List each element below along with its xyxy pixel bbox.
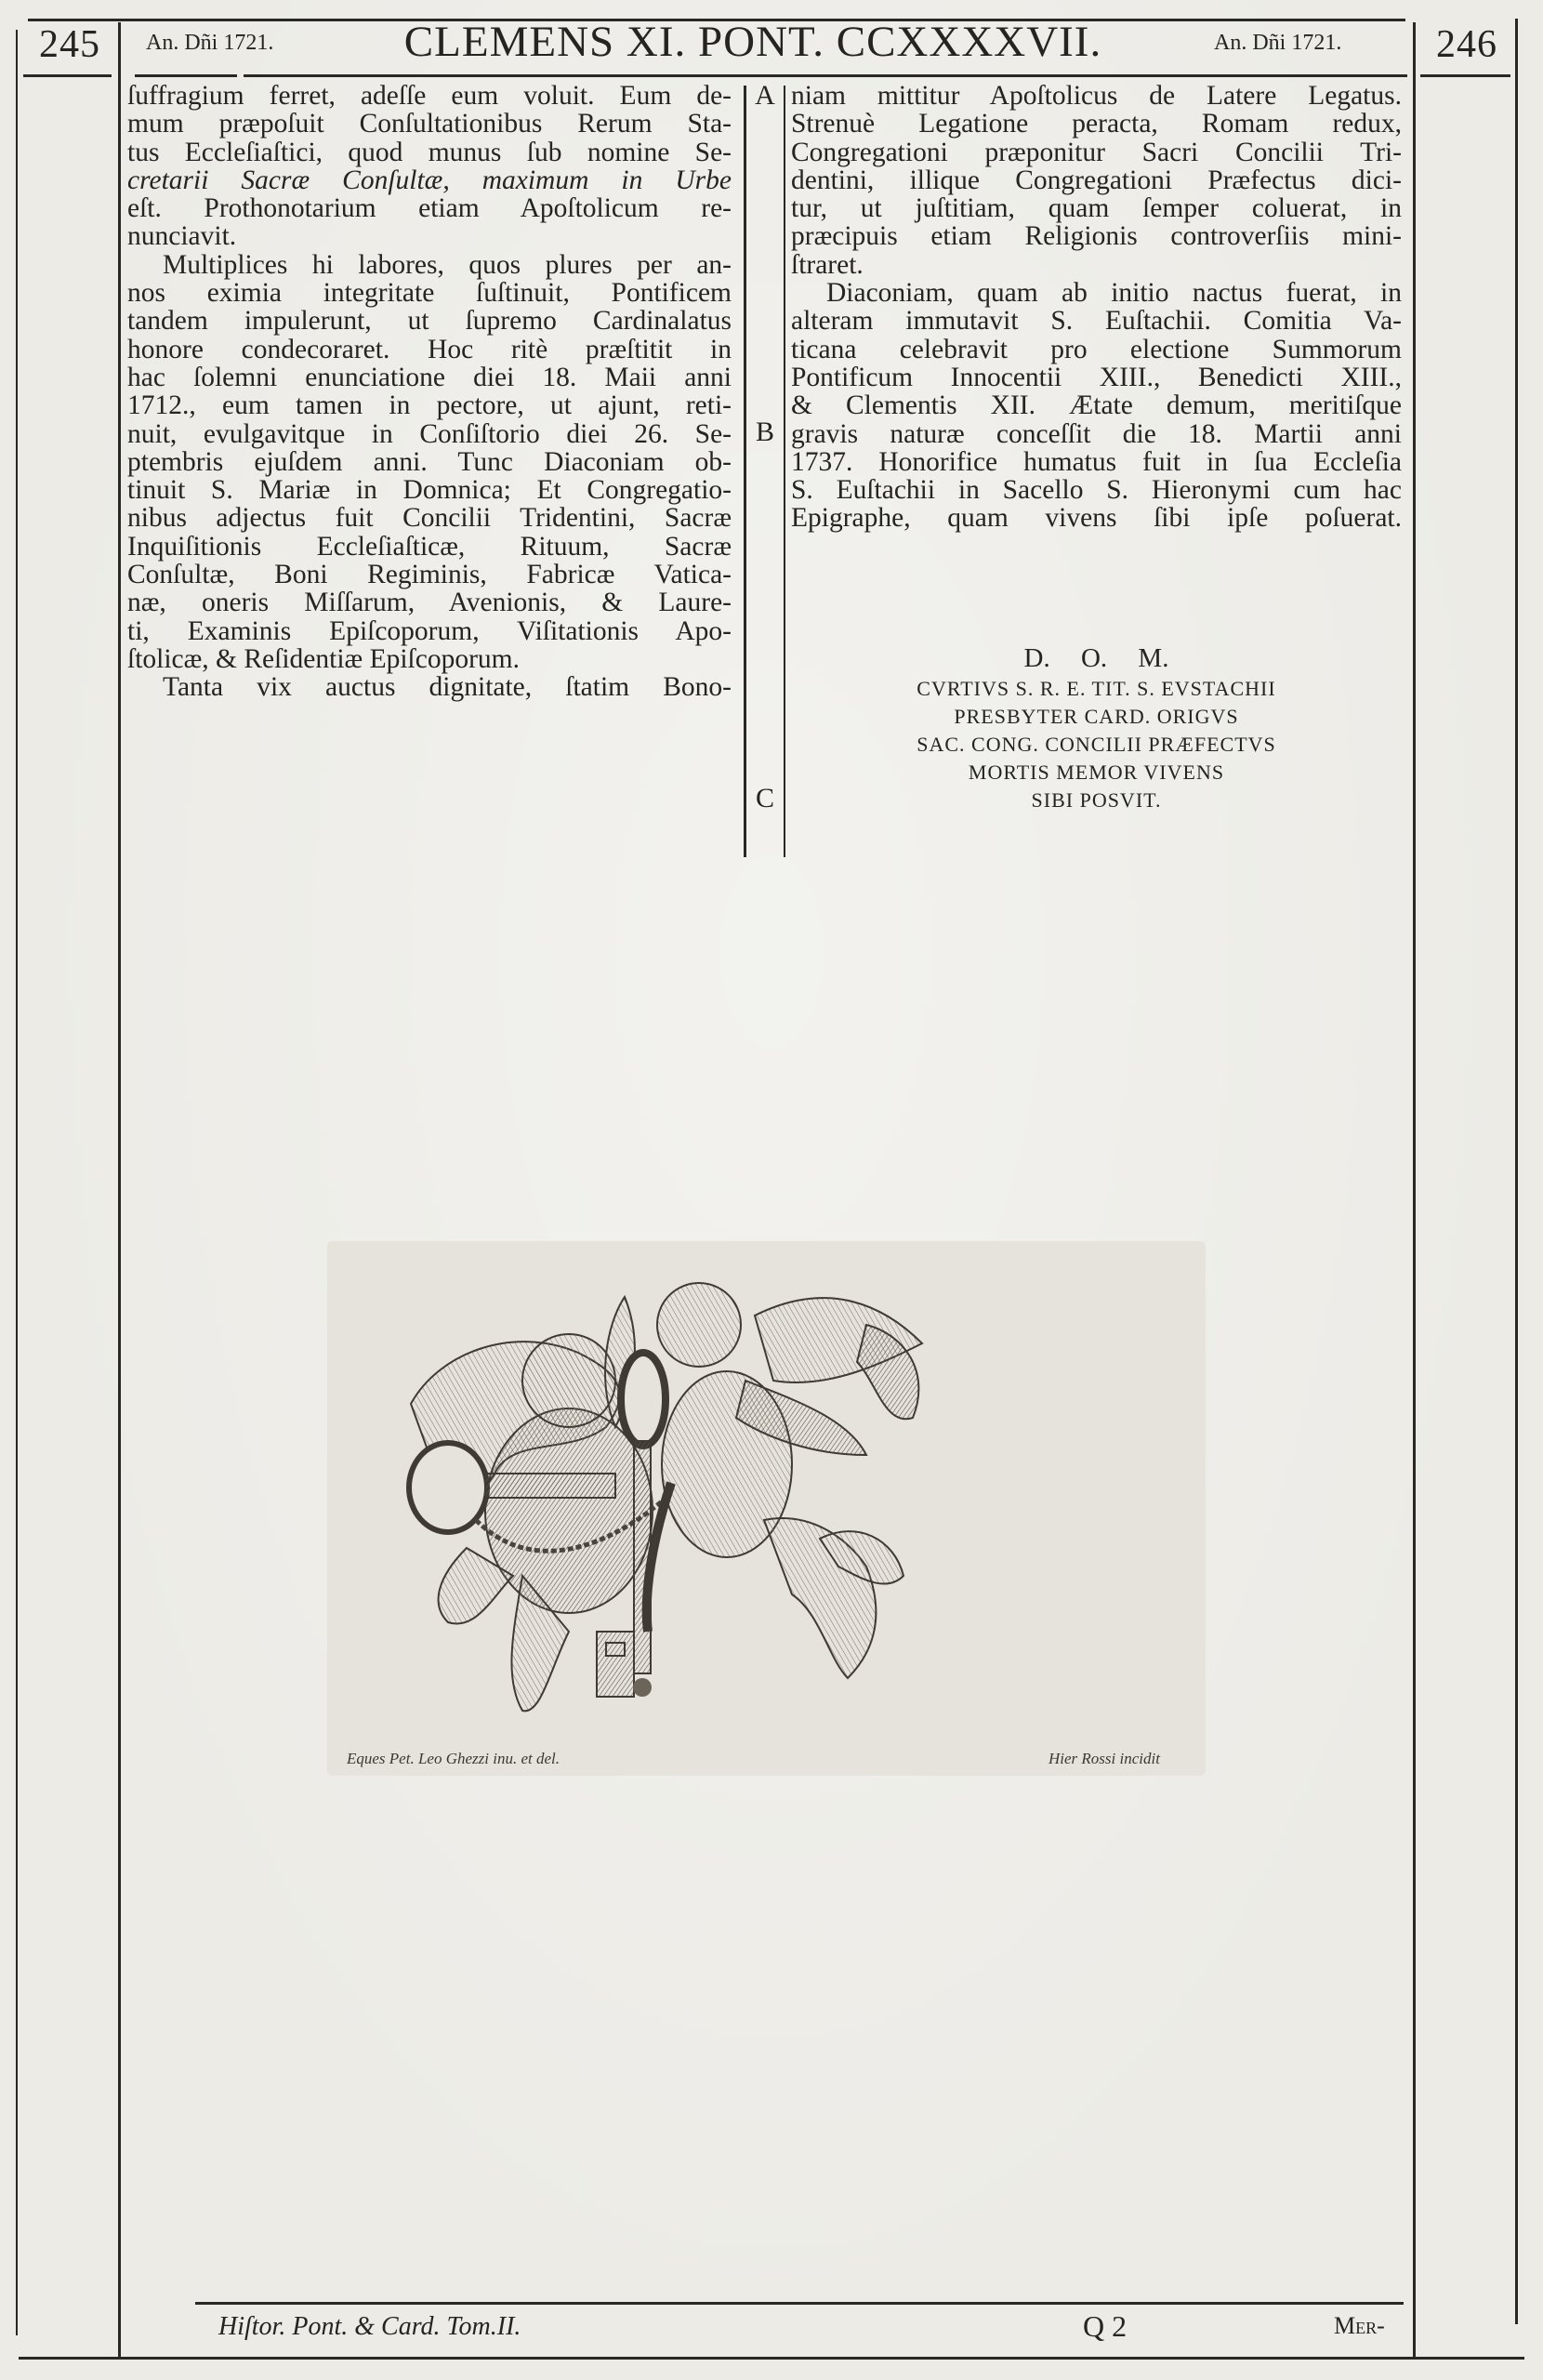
page-number-rule-left [23,74,112,77]
left-outer-border [16,30,18,2335]
footer-running-title: Hiſtor. Pont. & Card. Tom.II. [218,2312,521,2342]
text-line: ticana celebravit pro electione Summorum [791,336,1402,364]
text-line: nos eximia integritate ſuſtinuit, Pontif… [127,279,732,307]
text-line: Pontificum Innocentii XIII., Benedicti X… [791,364,1402,391]
text-line: ti, Examinis Epiſcoporum, Viſitationis A… [127,617,732,645]
margin-letter-a: A [749,80,781,112]
epitaph-line: SAC. CONG. CONCILII PRÆFECTVS [791,733,1402,757]
text-line: næ, oneris Miſſarum, Avenionis, & Laure- [127,588,732,616]
text-line: hac ſolemni enunciatione diei 18. Maii a… [127,364,732,391]
margin-letter-c: C [749,783,781,814]
left-inner-border [118,22,121,2358]
text-line: Strenuè Legatione peracta, Romam redux, [791,110,1402,138]
text-line: Inquiſitionis Eccleſiaſticæ, Rituum, Sac… [127,533,732,561]
page-number-rule-right [1420,74,1510,77]
text-line: ſtolicæ, & Reſidentiæ Epiſcoporum. [127,645,732,673]
text-line: niam mittitur Apoſtolicus de Latere Lega… [791,82,1402,110]
text-line: Congregationi præponitur Sacri Concilii … [791,139,1402,166]
epitaph-dedication: D. O. M. [791,643,1402,674]
bottom-border-rule [19,2357,1524,2360]
text-line: honore condecoraret. Hoc ritè præſtitit … [127,336,732,364]
epitaph-line: PRESBYTER CARD. ORIGVS [791,705,1402,729]
engraving-caption-right: Hier Rossi incidit [1048,1750,1160,1768]
text-line: Conſultæ, Boni Regiminis, Fabricæ Vatica… [127,561,732,588]
paragraph-start-line: Diaconiam, quam ab initio nactus fuerat,… [791,279,1402,307]
text-line: eſt. Prothonotarium etiam Apoſtolicum re… [127,194,732,222]
engraving-illustration [327,1241,1206,1776]
text-line: 1737. Honorifice humatus fuit in ſua Ecc… [791,448,1402,476]
column-divider-left [744,86,746,857]
text-line: dentini, illique Congregationi Præfectus… [791,166,1402,194]
right-inner-border [1413,22,1416,2358]
text-line: nibus adjectus fuit Concilii Tridentini,… [127,504,732,532]
text-line: ptembris ejuſdem anni. Tunc Diaconiam ob… [127,448,732,476]
paragraph-start-line: Tanta vix auctus dignitate, ſtatim Bono- [127,673,732,701]
text-line: & Clementis XII. Ætate demum, meritiſque [791,391,1402,419]
footer-signature-mark: Q 2 [1083,2309,1127,2344]
text-line: ſuffragium ferret, adeſſe eum voluit. Eu… [127,82,732,110]
right-outer-border [1515,19,1518,2324]
paragraph-start-line: Multiplices hi labores, quos plures per … [127,251,732,279]
text-line: ſtraret. [791,251,1402,279]
header-rule-short [135,74,237,77]
text-line: 1712., eum tamen in pectore, ut ajunt, r… [127,391,732,419]
text-line: nunciavit. [127,222,732,250]
text-line: cretarii Sacræ Conſultæ, maximum in Urbe [127,166,732,194]
text-line: tur, ut juſtitiam, quam ſemper coluerat,… [791,194,1402,222]
page-number-right: 246 [1420,22,1513,67]
text-line: tandem impulerunt, ut ſupremo Cardinalat… [127,307,732,335]
text-line: mum præpoſuit Conſultationibus Rerum Sta… [127,110,732,138]
epitaph-line: SIBI POSVIT. [791,788,1402,813]
text-line: nuit, evulgavitque in Conſiſtorio diei 2… [127,420,732,448]
right-text-column: niam mittitur Apoſtolicus de Latere Lega… [791,82,1402,533]
text-line: præcipuis etiam Religionis controverſiis… [791,222,1402,250]
left-text-column: ſuffragium ferret, adeſſe eum voluit. Eu… [127,82,732,702]
header-year-right: An. Dñi 1721. [1214,31,1341,56]
epitaph-line: MORTIS MEMOR VIVENS [791,760,1402,785]
header-year-left: An. Dñi 1721. [146,31,273,56]
page-number-left: 245 [23,22,116,67]
text-line: Epigraphe, quam vivens ſibi ipſe poſuera… [791,504,1402,532]
text-line: tus Eccleſiaſtici, quod munus ſub nomine… [127,139,732,166]
column-divider-right [784,86,785,857]
engraving-caption-left: Eques Pet. Leo Ghezzi inu. et del. [347,1750,560,1768]
header-rule-long [244,74,1407,77]
text-line: gravis naturæ conceſſit die 18. Martii a… [791,420,1402,448]
text-line: alteram immutavit S. Euſtachii. Comitia … [791,307,1402,335]
running-head-title: CLEMENS XI. PONT. CCXXXXVII. [344,17,1162,67]
text-line: S. Euſtachii in Sacello S. Hieronymi cum… [791,476,1402,504]
engraving-putti-with-keys [327,1241,1206,1776]
margin-letter-b: B [749,416,781,448]
footer-top-rule [195,2302,1404,2305]
epitaph-line: CVRTIVS S. R. E. TIT. S. EVSTACHII [791,677,1402,701]
footer-catchword: Mer- [1334,2312,1385,2340]
text-line: tinuit S. Mariæ in Domnica; Et Congregat… [127,476,732,504]
